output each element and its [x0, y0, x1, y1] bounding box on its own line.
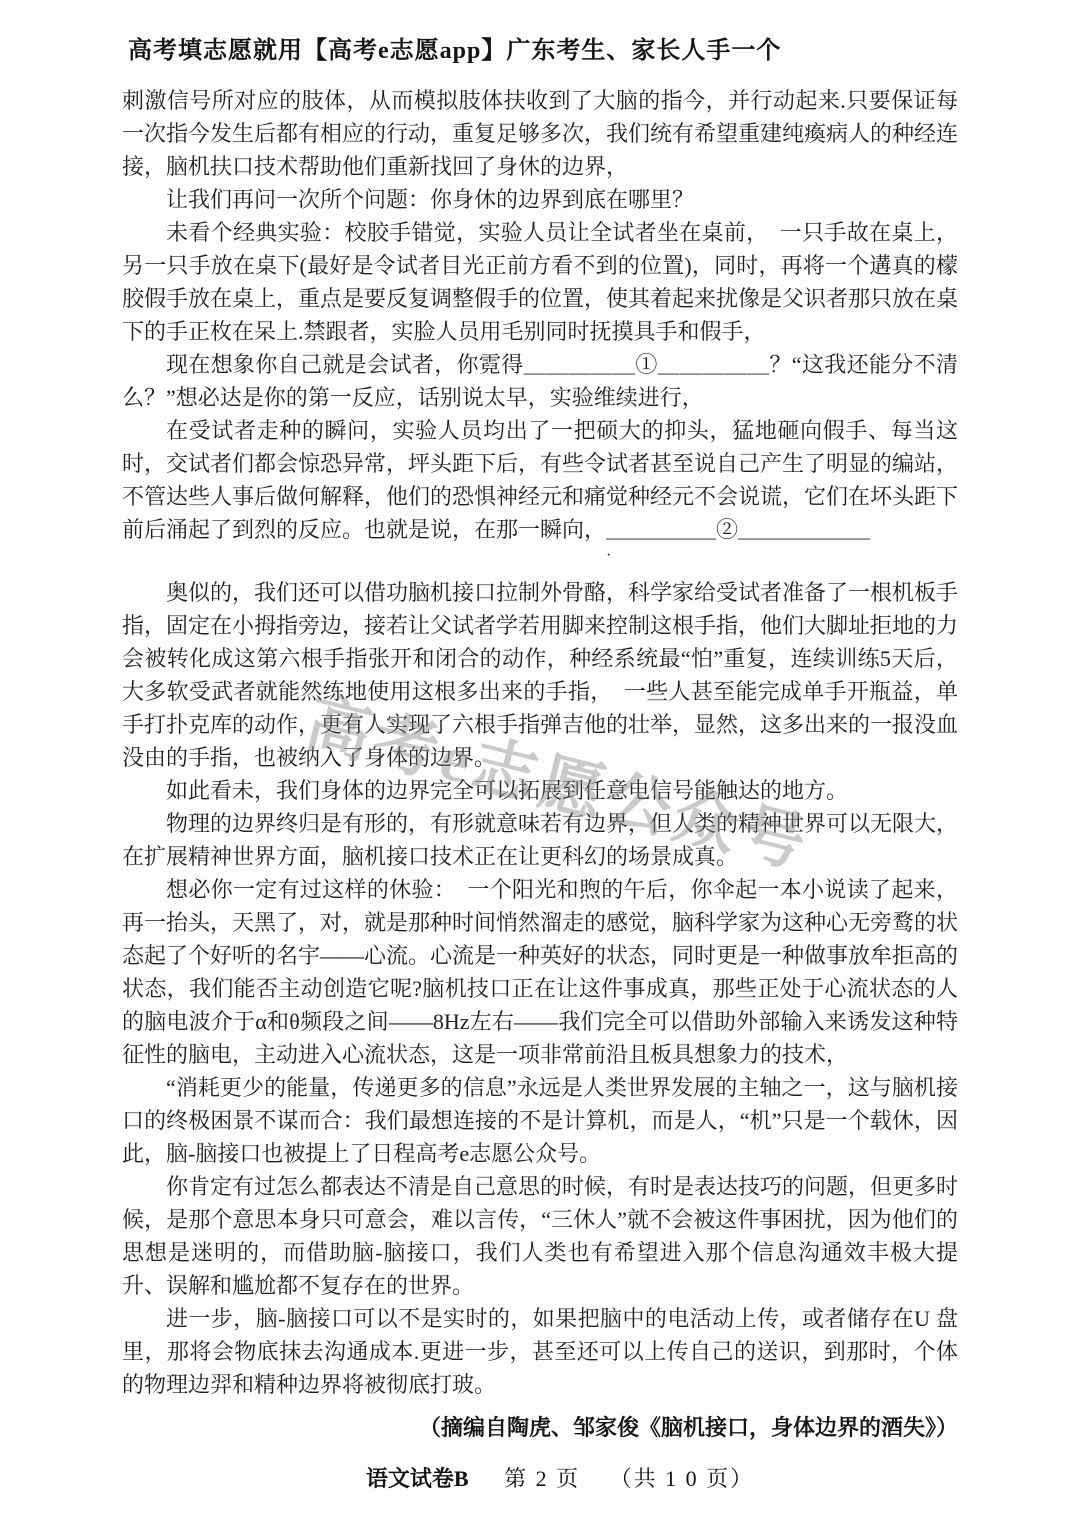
document-body: 刺激信号所对应的肢体，从而模拟肢体扶收到了大脑的指今，并行动起来.只要保证每一次… — [122, 84, 958, 1444]
paragraph: 物理的边界终归是有形的，有形就意味若有边界，但人类的精神世界可以无限大，在扩展精… — [122, 807, 958, 873]
paragraph: 你肯定有过怎么都表达不清是自己意思的时候，有时是表达技巧的问题，但更多时候，是那… — [122, 1170, 958, 1302]
paragraph: 想必你一定有过这样的休验： 一个阳光和煦的午后，你伞起一本小说读了起来，再一抬头… — [122, 873, 958, 1071]
source-attribution: （摘编自陶虎、邹家俊《脑机接口，身体边界的酒失》） — [122, 1411, 958, 1444]
stray-dot-mark: · — [122, 546, 958, 566]
total-pages: （共 1 0 页） — [610, 1466, 755, 1491]
paragraph-with-blank-1: 现在想象你自己就是会试者，你霓得＿＿＿＿＿①＿＿＿＿＿？“这我还能分不清么？”想… — [122, 348, 958, 414]
page-number: 第 2 页 — [504, 1466, 580, 1491]
promo-header: 高考填志愿就用【高考e志愿app】广东考生、家长人手一个 — [128, 30, 781, 65]
paragraph: 奥似的，我们还可以借功脑机接口拉制外骨酪，科学家给受试者准备了一根机板手指，固定… — [122, 576, 958, 774]
paragraph: 刺激信号所对应的肢体，从而模拟肢体扶收到了大脑的指今，并行动起来.只要保证每一次… — [122, 84, 958, 183]
paragraph: 如此看未，我们身体的边界完全可以拓展到任意电信号能触达的地方。 — [122, 774, 958, 807]
exam-title: 语文试卷B — [366, 1466, 469, 1491]
paragraph-with-blank-2: 在受试者走种的瞬问，实验人员均出了一把硕大的抑头，猛地砸向假手、每当这时，交试者… — [122, 414, 958, 546]
page-footer: 语文试卷B 第 2 页 （共 1 0 页） — [0, 1462, 1080, 1493]
paragraph: “消耗更少的能量，传递更多的信息”永远是人类世界发展的主轴之一，这与脑机接口的终… — [122, 1071, 958, 1170]
paragraph: 让我们再问一次所个问题：你身休的边界到底在哪里？ — [122, 183, 958, 216]
paragraph: 未看个经典实验：校胶手错觉，实验人员让全试者坐在桌前， 一只手故在桌上，另一只手… — [122, 216, 958, 348]
paragraph: 进一步，脑-脑接口可以不是实时的，如果把脑中的电活动上传，或者储存在U 盘里，那… — [122, 1302, 958, 1401]
